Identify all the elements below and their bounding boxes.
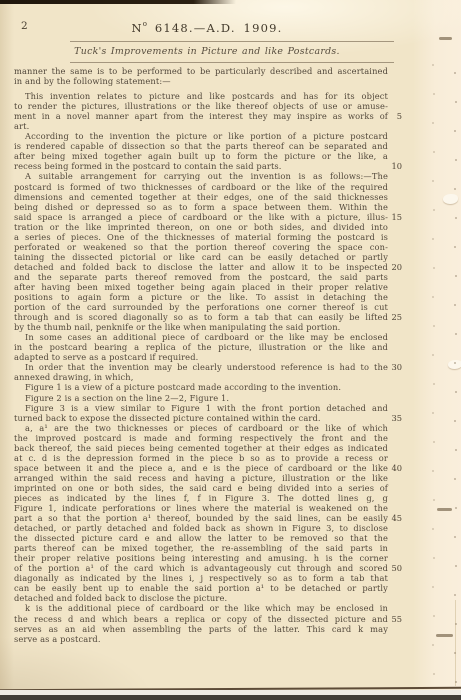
line-text: This invention relates to picture and li… — [14, 91, 388, 101]
line-number — [388, 222, 402, 232]
line-text: part a so that the portion a¹ thereof, b… — [14, 513, 388, 523]
line-number — [388, 423, 402, 433]
text-line: Figure 1 is a view of a picture postcard… — [14, 382, 402, 392]
line-number — [388, 131, 402, 141]
line-text: the dissected picture card e and allow t… — [14, 533, 388, 543]
text-line: detached and folded back to disclose the… — [14, 262, 402, 272]
text-line: tration or the like imprinted thereon, o… — [14, 222, 402, 232]
line-number — [388, 76, 402, 86]
text-line: Figure 2 is a section on the line 2—2, F… — [14, 393, 402, 403]
scan-speck — [454, 188, 456, 190]
scan-speck — [454, 72, 456, 74]
scan-speck — [433, 673, 435, 675]
text-line: said space is arranged a piece of cardbo… — [14, 212, 402, 222]
text-line: diagonally as indicated by the lines i, … — [14, 573, 402, 583]
ink-dash-artifact — [439, 37, 452, 40]
line-number — [388, 382, 402, 392]
line-number — [388, 101, 402, 111]
ink-dash-artifact — [437, 508, 452, 511]
scan-speck — [432, 412, 434, 414]
line-number: 10 — [388, 161, 402, 171]
text-line: arranged within the said recess and havi… — [14, 473, 402, 483]
line-text: back thereof, the said pieces being ceme… — [14, 443, 388, 453]
text-line: through and is scored diagonally so as t… — [14, 312, 402, 322]
text-line: According to the invention the picture o… — [14, 131, 402, 141]
line-number — [388, 473, 402, 483]
line-number — [388, 232, 402, 242]
text-line: adapted to serve as a postcard if requir… — [14, 352, 402, 362]
text-line: art. — [14, 121, 402, 131]
line-text: manner the same is to be performed to be… — [14, 66, 388, 76]
line-text: adapted to serve as a postcard if requir… — [14, 352, 388, 362]
line-text: of the portion a¹ of the card which is a… — [14, 563, 388, 573]
text-line: to render the pictures, illustrations or… — [14, 101, 402, 111]
title-rule-bottom — [70, 62, 394, 63]
line-text: after having been mixed together being a… — [14, 282, 388, 292]
scan-speck — [454, 246, 456, 248]
line-text: positions to again form a picture or the… — [14, 292, 388, 302]
line-number — [388, 393, 402, 403]
line-text: space between it and the piece a, and e … — [14, 463, 388, 473]
text-line: is rendered capable of dissection so tha… — [14, 141, 402, 151]
scan-speck — [454, 536, 456, 538]
line-text: pieces as indicated by the lines f, f in… — [14, 493, 388, 503]
scan-speck — [433, 615, 435, 617]
line-text: annexed drawing, in which, — [14, 372, 388, 382]
numero-superscript: o — [143, 20, 147, 28]
scan-speck — [433, 93, 435, 95]
line-text: detached and folded back to disclose the… — [14, 593, 388, 603]
line-text: In order that the invention may be clear… — [14, 362, 388, 372]
line-text: Figure 2 is a section on the line 2—2, F… — [14, 393, 388, 403]
text-line: part a so that the portion a¹ thereof, b… — [14, 513, 402, 523]
line-number — [388, 141, 402, 151]
line-number — [388, 192, 402, 202]
line-text: is rendered capable of dissection so tha… — [14, 141, 388, 151]
text-line: can be easily bent up to enable the said… — [14, 583, 402, 593]
text-line: by the thumb nail, penknife or the like … — [14, 322, 402, 332]
scan-speck — [454, 594, 456, 596]
line-number — [388, 242, 402, 252]
title-rule-top — [70, 41, 394, 42]
scan-speck — [455, 507, 457, 509]
text-line: serves as an aid when assembling the par… — [14, 624, 402, 634]
text-line: the dissected picture card e and allow t… — [14, 533, 402, 543]
scan-speck — [432, 122, 434, 124]
line-text: postcard is formed of two thicknesses of… — [14, 182, 388, 192]
text-line: the recess d and which bears a replica o… — [14, 614, 402, 624]
line-number — [388, 302, 402, 312]
scan-speck — [432, 470, 434, 472]
text-line: space between it and the piece a, and e … — [14, 463, 402, 473]
text-line: after having been mixed together being a… — [14, 282, 402, 292]
line-number — [388, 593, 402, 603]
line-text: in the postcard bearing a replica of the… — [14, 342, 388, 352]
line-text: their proper relative positions being in… — [14, 553, 388, 563]
line-number — [388, 171, 402, 181]
line-number — [388, 292, 402, 302]
text-line: turned back to expose the dissected pict… — [14, 413, 402, 423]
line-text: through and is scored diagonally so as t… — [14, 312, 388, 322]
line-number — [388, 453, 402, 463]
line-text: at c. d is the depression formed in the … — [14, 453, 388, 463]
line-number — [388, 91, 402, 101]
scan-speck — [454, 478, 456, 480]
text-line: ment in a novel manner apart from the in… — [14, 111, 402, 121]
scan-speck — [455, 217, 457, 219]
line-number — [388, 66, 402, 76]
line-text: can be easily bent up to enable the said… — [14, 583, 388, 593]
line-text: arranged within the said recess and havi… — [14, 473, 388, 483]
line-text: serve as a postcard. — [14, 634, 388, 644]
text-line: In order that the invention may be clear… — [14, 362, 402, 372]
text-line: back thereof, the said pieces being ceme… — [14, 443, 402, 453]
line-text: after being mixed together again built u… — [14, 151, 388, 161]
text-line: dimensions and cemented together at thei… — [14, 192, 402, 202]
line-text: perforated or weakened so that the porti… — [14, 242, 388, 252]
line-number — [388, 503, 402, 513]
line-text: diagonally as indicated by the lines i, … — [14, 573, 388, 583]
text-line: after being mixed together again built u… — [14, 151, 402, 161]
text-line: their proper relative positions being in… — [14, 553, 402, 563]
line-text: portion of the card surrounded by the pe… — [14, 302, 388, 312]
text-line: and the separate parts thereof removed f… — [14, 272, 402, 282]
line-number: 55 — [388, 614, 402, 624]
line-number: 25 — [388, 312, 402, 322]
line-number — [388, 523, 402, 533]
line-text: Figure 1, indicate perforations or lines… — [14, 503, 388, 513]
scan-speck — [433, 151, 435, 153]
scan-speck — [432, 586, 434, 588]
body-lines: manner the same is to be performed to be… — [14, 66, 402, 644]
patent-number-heading: No 6148.—A.D. 1909. — [14, 20, 400, 35]
line-number: 40 — [388, 463, 402, 473]
text-line: a series of pieces. One of the thickness… — [14, 232, 402, 242]
line-text: a series of pieces. One of the thickness… — [14, 232, 388, 242]
line-number — [388, 543, 402, 553]
line-number — [388, 342, 402, 352]
scan-speck — [455, 565, 457, 567]
text-line: postcard is formed of two thicknesses of… — [14, 182, 402, 192]
line-text: A suitable arrangement for carrying out … — [14, 171, 388, 181]
line-number — [388, 182, 402, 192]
scan-speck — [432, 644, 434, 646]
scan-speck — [432, 296, 434, 298]
scan-speck — [455, 449, 457, 451]
line-text: the recess d and which bears a replica o… — [14, 614, 388, 624]
text-line: annexed drawing, in which, — [14, 372, 402, 382]
scan-edge-bottom-dark — [0, 695, 461, 700]
text-line: detached and folded back to disclose the… — [14, 593, 402, 603]
line-number — [388, 252, 402, 262]
line-text: In some cases an additional piece of car… — [14, 332, 388, 342]
line-text: recess being formed in the postcard to c… — [14, 161, 388, 171]
scan-edge-top — [0, 0, 236, 4]
line-text: k is the additional piece of cardboard o… — [14, 603, 388, 613]
line-number — [388, 372, 402, 382]
scan-speck — [455, 159, 457, 161]
line-number — [388, 553, 402, 563]
line-number: 50 — [388, 563, 402, 573]
line-text: dimensions and cemented together at thei… — [14, 192, 388, 202]
running-title: Tuck's Improvements in Picture and like … — [14, 46, 400, 57]
line-number — [388, 624, 402, 634]
scan-speck — [433, 499, 435, 501]
text-line: being dished or depressed so as to form … — [14, 202, 402, 212]
text-line: This invention relates to picture and li… — [14, 91, 402, 101]
line-number — [388, 282, 402, 292]
scan-speck — [455, 275, 457, 277]
ink-dash-artifact — [436, 634, 453, 637]
line-text: being dished or depressed so as to form … — [14, 202, 388, 212]
text-line: manner the same is to be performed to be… — [14, 66, 402, 76]
scan-speck — [433, 383, 435, 385]
line-number — [388, 483, 402, 493]
scan-speck — [433, 557, 435, 559]
line-number: 5 — [388, 111, 402, 121]
line-text: in and by the following statement:— — [14, 76, 388, 86]
line-text: serves as an aid when assembling the par… — [14, 624, 388, 634]
text-line: pieces as indicated by the lines f, f in… — [14, 493, 402, 503]
scan-speck — [455, 101, 457, 103]
patent-number: 6148.—A.D. 1909. — [155, 21, 283, 35]
text-line: serve as a postcard. — [14, 634, 402, 644]
text-line: taining the dissected pictorial or like … — [14, 252, 402, 262]
line-text: detached and folded back to disclose the… — [14, 262, 388, 272]
line-text: the improved postcard is made and formin… — [14, 433, 388, 443]
text-line: parts thereof can be mixed together, the… — [14, 543, 402, 553]
scan-speck — [433, 441, 435, 443]
line-number: 30 — [388, 362, 402, 372]
line-number: 15 — [388, 212, 402, 222]
text-line: Figure 1, indicate perforations or lines… — [14, 503, 402, 513]
line-text: According to the invention the picture o… — [14, 131, 388, 141]
text-line: of the portion a¹ of the card which is a… — [14, 563, 402, 573]
line-text: a, a¹ are the two thicknesses or pieces … — [14, 423, 388, 433]
line-number — [388, 403, 402, 413]
text-line: detached, or partly detached and folded … — [14, 523, 402, 533]
text-line: in and by the following statement:— — [14, 76, 402, 86]
scan-speck — [432, 238, 434, 240]
paper-crease — [455, 600, 456, 686]
line-number — [388, 272, 402, 282]
line-text: to render the pictures, illustrations or… — [14, 101, 388, 111]
scan-speck — [455, 333, 457, 335]
line-number — [388, 634, 402, 644]
line-number — [388, 151, 402, 161]
text-line: at c. d is the depression formed in the … — [14, 453, 402, 463]
line-number — [388, 493, 402, 503]
text-line: positions to again form a picture or the… — [14, 292, 402, 302]
line-number — [388, 433, 402, 443]
line-number — [388, 121, 402, 131]
line-number — [388, 583, 402, 593]
line-text: imprinted on one or both sides, the said… — [14, 483, 388, 493]
text-line: recess being formed in the postcard to c… — [14, 161, 402, 171]
text-line: portion of the card surrounded by the pe… — [14, 302, 402, 312]
line-number: 45 — [388, 513, 402, 523]
scan-speck — [454, 304, 456, 306]
text-line: a, a¹ are the two thicknesses or pieces … — [14, 423, 402, 433]
line-number: 35 — [388, 413, 402, 423]
text-line: In some cases an additional piece of car… — [14, 332, 402, 342]
text-line: Figure 3 is a view similar to Figure 1 w… — [14, 403, 402, 413]
line-text: by the thumb nail, penknife or the like … — [14, 322, 388, 332]
line-number — [388, 533, 402, 543]
line-number — [388, 573, 402, 583]
line-number — [388, 603, 402, 613]
scan-speck — [455, 391, 457, 393]
text-line: k is the additional piece of cardboard o… — [14, 603, 402, 613]
scan-speck — [432, 354, 434, 356]
scan-speck — [455, 623, 457, 625]
scan-speck — [454, 420, 456, 422]
scan-speck — [432, 64, 434, 66]
paper-blob-artifact — [443, 194, 458, 204]
scan-speck — [454, 130, 456, 132]
text-line: imprinted on one or both sides, the said… — [14, 483, 402, 493]
line-text: parts thereof can be mixed together, the… — [14, 543, 388, 553]
line-text: detached, or partly detached and folded … — [14, 523, 388, 533]
line-number — [388, 332, 402, 342]
line-text: and the separate parts thereof removed f… — [14, 272, 388, 282]
scan-speck — [433, 267, 435, 269]
line-number — [388, 443, 402, 453]
text-line: the improved postcard is made and formin… — [14, 433, 402, 443]
line-number — [388, 322, 402, 332]
line-text: Figure 1 is a view of a picture postcard… — [14, 382, 388, 392]
line-text: taining the dissected pictorial or like … — [14, 252, 388, 262]
line-text: said space is arranged a piece of cardbo… — [14, 212, 388, 222]
scanned-patent-page: 2 No 6148.—A.D. 1909. Tuck's Improvement… — [0, 0, 461, 700]
text-line: perforated or weakened so that the porti… — [14, 242, 402, 252]
scan-speck — [433, 325, 435, 327]
scan-speck — [433, 209, 435, 211]
line-number — [388, 202, 402, 212]
text-line: in the postcard bearing a replica of the… — [14, 342, 402, 352]
scan-speck — [455, 681, 457, 683]
line-number: 20 — [388, 262, 402, 272]
line-number — [388, 352, 402, 362]
line-text: Figure 3 is a view similar to Figure 1 w… — [14, 403, 388, 413]
numero-prefix: N — [132, 21, 143, 35]
scan-speck — [432, 528, 434, 530]
line-text: tration or the like imprinted thereon, o… — [14, 222, 388, 232]
text-line: A suitable arrangement for carrying out … — [14, 171, 402, 181]
scan-speck — [432, 180, 434, 182]
line-text: art. — [14, 121, 388, 131]
line-text: turned back to expose the dissected pict… — [14, 413, 388, 423]
line-text: ment in a novel manner apart from the in… — [14, 111, 388, 121]
